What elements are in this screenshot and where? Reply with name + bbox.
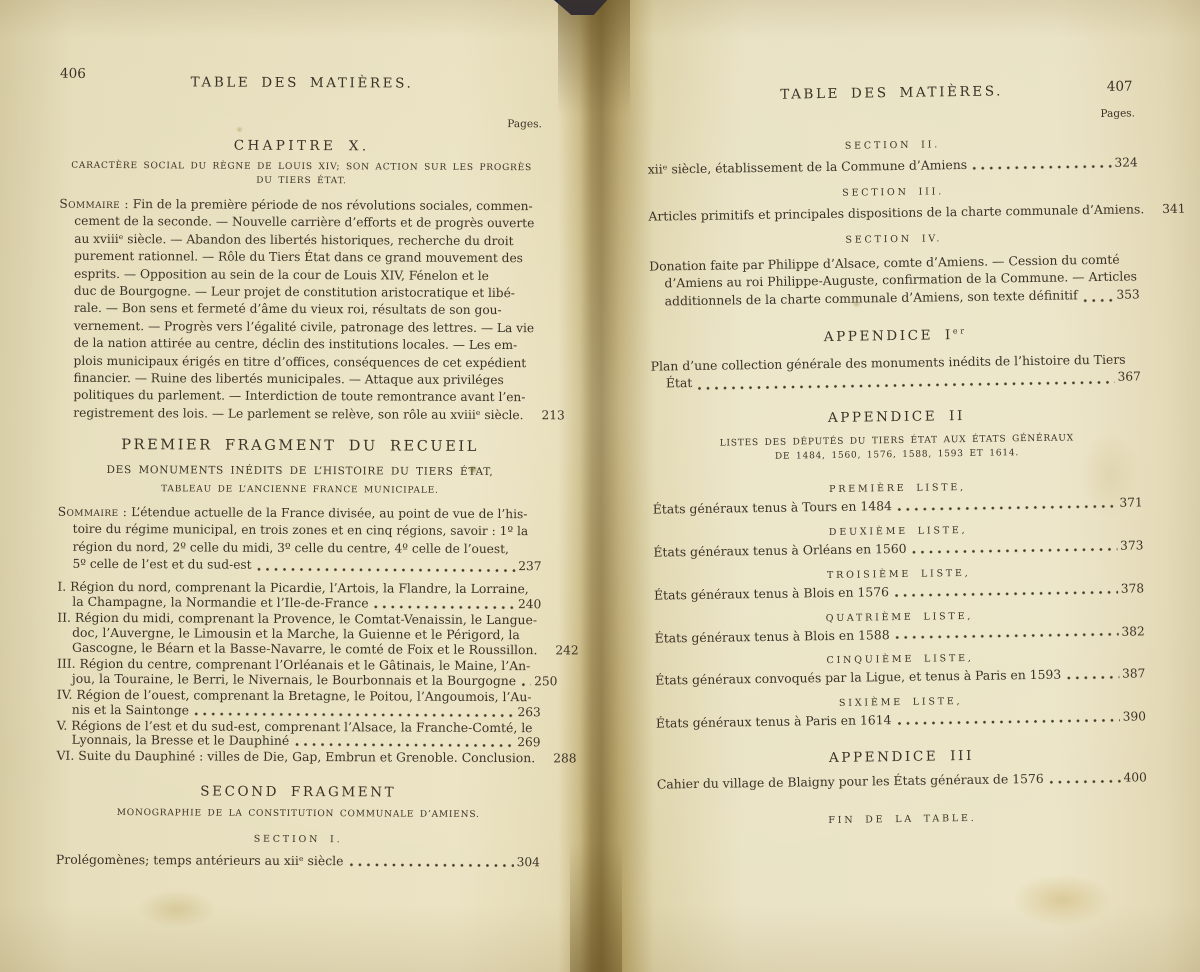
toc-line: SIXIÈME LISTE, (656, 694, 1146, 712)
toc-line: SECTION III. (648, 183, 1138, 201)
page-ref: 390 (1123, 710, 1146, 725)
toc-line: APPENDICE III (656, 746, 1146, 769)
page-ref: 269 (517, 736, 540, 751)
toc-line: PREMIÈRE LISTE, (652, 479, 1142, 497)
page-ref: 213 (541, 407, 564, 425)
second-fragment-heading: SECOND FRAGMENT (56, 783, 540, 802)
toc-line: SECTION II. (647, 136, 1137, 154)
section-iv-entry: Donation faite par Philippe d’Alsace, co… (649, 250, 1140, 311)
dotted-leader (1066, 675, 1119, 681)
toc-line: États généraux tenus à Orléans en 156037… (653, 538, 1143, 560)
foxing-stain (138, 890, 216, 928)
toc-line-text: Lyonnais, la Bresse et le Dauphiné (72, 733, 290, 749)
troisieme-liste-heading: TROISIÈME LISTE, (654, 565, 1144, 583)
leader-spacer (540, 760, 550, 765)
toc-line-text: purement rationnel. — Rôle du Tiers État… (74, 249, 523, 265)
sixieme-liste-heading: SIXIÈME LISTE, (656, 694, 1146, 712)
toc-line-text: États généraux tenus à Tours en 1484 (653, 499, 892, 517)
pages-column-label: Pages. (647, 107, 1137, 126)
page-ref: 341 (1162, 202, 1185, 217)
toc-line: QUATRIÈME LISTE, (654, 608, 1144, 626)
section-i-heading: SECTION I. (56, 833, 540, 847)
toc-line: États généraux tenus à Tours en 1484371 (653, 495, 1143, 517)
sommaire-premier-fragment: Sommaire : L’étendue actuelle de la Fran… (57, 504, 541, 576)
dotted-leader (1049, 779, 1121, 785)
cinquieme-liste-entry: États généraux convoqués par la Ligue, e… (655, 667, 1145, 689)
page-ref: 250 (534, 674, 557, 689)
page-right: TABLE DES MATIÈRES. 407 Pages. SECTION I… (647, 78, 1148, 828)
toc-line: SECOND FRAGMENT (56, 783, 540, 802)
appendice-ii-subtitle: LISTES DES DÉPUTÉS DU TIERS ÉTAT AUX ÉTA… (652, 430, 1142, 466)
toc-line-text: de la nation attirée au centre, déclin d… (74, 336, 518, 352)
toc-line-text: LISTES DES DÉPUTÉS DU TIERS ÉTAT AUX ÉTA… (720, 433, 1074, 448)
appendice-iii-heading: APPENDICE III (656, 746, 1146, 769)
page-ref: 353 (1116, 286, 1140, 304)
toc-line: purement rationnel. — Rôle du Tiers État… (59, 248, 543, 268)
toc-line-text: État (666, 374, 693, 392)
toc-line-text: SECTION IV. (845, 233, 942, 245)
toc-line-text: rale. — Bon sens et fermeté d’âme du vie… (74, 301, 502, 317)
section-iii-heading: SECTION III. (648, 183, 1138, 201)
section-iv-heading: SECTION IV. (649, 230, 1139, 248)
toc-line-text: FIN DE LA TABLE. (828, 813, 976, 826)
premier-fragment-subsubtitle: TABLEAU DE L’ANCIENNE FRANCE MUNICIPALE. (58, 483, 542, 499)
premier-fragment-heading: PREMIER FRAGMENT DU RECUEIL (58, 437, 542, 456)
toc-line-text: région du nord, 2º celle du midi, 3º cel… (73, 539, 509, 555)
toc-line: États généraux tenus à Paris en 1614390 (656, 710, 1146, 732)
toc-line: APPENDICE II (651, 405, 1141, 428)
running-title: TABLE DES MATIÈRES. (780, 83, 1003, 102)
toc-line-text: SECTION I. (254, 834, 343, 845)
toc-line: DES MONUMENTS INÉDITS DE L’HISTOIRE DU T… (58, 464, 542, 479)
toc-line-text: Prolégomènes; temps antérieurs au xiiᵉ s… (56, 853, 344, 869)
toc-line: CINQUIÈME LISTE, (655, 651, 1145, 669)
second-fragment-subtitle: MONOGRAPHIE DE LA CONSTITUTION COMMUNALE… (56, 807, 540, 823)
toc-line-text: Articles primitifs et principales dispos… (648, 202, 1144, 224)
toc-line: SECTION I. (56, 833, 540, 847)
toc-line-text: SIXIÈME LISTE, (839, 696, 963, 709)
cinquieme-liste-heading: CINQUIÈME LISTE, (655, 651, 1145, 669)
page-ref: 387 (1122, 667, 1145, 682)
toc-line: cement de la seconde. — Nouvelle carrièr… (59, 213, 543, 233)
deuxieme-liste-entry: États généraux tenus à Orléans en 156037… (653, 538, 1143, 560)
toc-line-text: toire du régime municipal, en trois zone… (73, 522, 529, 538)
section-iii-entry: Articles primitifs et principales dispos… (648, 202, 1138, 224)
toc-line-text: États généraux tenus à Orléans en 1560 (653, 542, 906, 561)
dotted-leader (896, 718, 1119, 726)
chapitre-x-heading: CHAPITRE X. (60, 137, 544, 156)
page-ref: 237 (518, 558, 541, 576)
toc-line-text: la Champagne, la Normandie et l’Ile-de-F… (72, 595, 368, 611)
premier-fragment-subtitle: DES MONUMENTS INÉDITS DE L’HISTOIRE DU T… (58, 464, 542, 479)
dotted-leader (194, 711, 514, 718)
toc-line-text: au xviiiᵉ siècle. — Abandon des libertés… (74, 232, 513, 248)
toc-line-text: États généraux tenus à Blois en 1588 (655, 628, 890, 646)
page-ref: 324 (1114, 155, 1137, 170)
toc-line: États généraux convoqués par la Ligue, e… (655, 667, 1145, 689)
toc-line-text: QUATRIÈME LISTE, (826, 610, 974, 623)
ordinal-superscript: er (953, 326, 967, 335)
toc-line-text: DEUXIÈME LISTE, (829, 525, 968, 538)
toc-content-left: CHAPITRE X.CARACTÈRE SOCIAL DU RÈGNE DE … (56, 137, 544, 870)
premiere-liste-entry: États généraux tenus à Tours en 1484371 (653, 495, 1143, 517)
page-ref: 242 (555, 643, 578, 658)
appendice-ii-heading: APPENDICE II (651, 405, 1141, 428)
dotted-leader (1083, 297, 1114, 302)
region-vi-entry: VI. Suite du Dauphiné : villes de Die, G… (56, 749, 540, 766)
gutter-shadow-bottom (570, 842, 622, 972)
region-iv-entry: IV. Région de l’ouest, comprenant la Bre… (57, 687, 541, 719)
toc-line-text: SECTION III. (842, 186, 944, 199)
toc-line-text: politiques du parlement. — Interdiction … (73, 388, 525, 404)
region-iii-entry: III. Région du centre, comprenant l’Orlé… (57, 657, 541, 689)
toc-line-text: Sommaire : L’étendue actuelle de la Fran… (58, 505, 528, 521)
premiere-liste-heading: PREMIÈRE LISTE, (652, 479, 1142, 497)
sixieme-liste-entry: États généraux tenus à Paris en 1614390 (656, 710, 1146, 732)
folio-number: 406 (60, 66, 86, 82)
page-ref: 240 (518, 597, 541, 612)
page-ref: 371 (1119, 495, 1142, 510)
page-ref: 378 (1121, 581, 1144, 596)
toc-line: SECTION IV. (649, 230, 1139, 248)
toc-line: États généraux tenus à Blois en 1588382 (655, 624, 1145, 646)
book-photo: 406 TABLE DES MATIÈRES. Pages. CHAPITRE … (0, 0, 1200, 972)
toc-line: CHAPITRE X. (60, 137, 544, 156)
page-header-left: 406 TABLE DES MATIÈRES. (60, 71, 544, 94)
section-ii-heading: SECTION II. (647, 136, 1137, 154)
toc-line-text: CHAPITRE X. (234, 138, 370, 155)
section-i-entry: Prolégomènes; temps antérieurs au xiiᵉ s… (56, 853, 540, 870)
toc-line-text: nis et la Saintonge (72, 702, 189, 718)
book-spine (549, 0, 611, 15)
dotted-leader (912, 546, 1118, 554)
toc-line-text: plois municipaux érigés en titre d’offic… (74, 353, 527, 369)
running-title: TABLE DES MATIÈRES. (191, 74, 414, 91)
toc-line-text: APPENDICE Ier (824, 327, 967, 345)
dotted-leader (257, 567, 516, 573)
folio-number: 407 (1107, 78, 1133, 94)
toc-line: FIN DE LA TABLE. (657, 810, 1147, 828)
leader-spacer (542, 651, 552, 656)
appendice-i-heading: APPENDICE Ier (650, 324, 1140, 347)
toc-line-text: esprits. — Opposition au sein de la cour… (74, 266, 489, 282)
quatrieme-liste-entry: États généraux tenus à Blois en 1588382 (655, 624, 1145, 646)
toc-line: MONOGRAPHIE DE LA CONSTITUTION COMMUNALE… (56, 807, 540, 823)
dotted-leader (697, 380, 1114, 391)
fin-de-la-table: FIN DE LA TABLE. (657, 810, 1147, 828)
toc-line-text: VI. Suite du Dauphiné : villes de Die, G… (56, 749, 535, 766)
toc-line-text: cement de la seconde. — Nouvelle carrièr… (74, 214, 534, 230)
page-ref: 382 (1121, 624, 1144, 639)
page-ref: 288 (553, 752, 576, 767)
appendice-i-entry: Plan d’une collection générale des monum… (651, 350, 1141, 393)
troisieme-liste-entry: États généraux tenus à Blois en 1576378 (654, 581, 1144, 603)
toc-line-text: États généraux tenus à Blois en 1576 (654, 585, 889, 603)
summary-lead: Sommaire : (59, 197, 129, 211)
toc-line-text: registrement des lois. — Le parlement se… (73, 405, 523, 425)
section-ii-entry: xiiᵉ siècle, établissement de la Commune… (648, 155, 1138, 177)
toc-line: VI. Suite du Dauphiné : villes de Die, G… (56, 749, 540, 766)
toc-line-text: 5º celle de l’est et du sud-est (72, 556, 251, 574)
toc-line-text: financier. — Ruine des libertés municipa… (73, 371, 503, 387)
dotted-leader (294, 742, 514, 748)
toc-line: Cahier du village de Blaigny pour les Ét… (657, 771, 1147, 793)
toc-content-right: SECTION II.xiiᵉ siècle, établissement de… (647, 136, 1147, 828)
toc-line: registrement des lois. — Le parlement se… (58, 405, 542, 425)
sommaire-chapitre-x: Sommaire : Fin de la première période de… (58, 196, 543, 425)
toc-line: DEUXIÈME LISTE, (653, 522, 1143, 540)
toc-line-text: CARACTÈRE SOCIAL DU RÈGNE DE LOUIS XIV; … (71, 161, 532, 173)
toc-line: de la nation attirée au centre, déclin d… (59, 335, 543, 355)
toc-line: PREMIER FRAGMENT DU RECUEIL (58, 437, 542, 456)
toc-line-text: duc de Bourgogne. — Leur projet de const… (74, 284, 515, 300)
page-ref: 373 (1120, 538, 1143, 553)
toc-line-text: MONOGRAPHIE DE LA CONSTITUTION COMMUNALE… (117, 808, 480, 820)
toc-line-text: PREMIÈRE LISTE, (829, 482, 966, 495)
appendice-iii-entry: Cahier du village de Blaigny pour les Ét… (657, 771, 1147, 793)
toc-line: APPENDICE Ier (650, 324, 1140, 347)
page-left: 406 TABLE DES MATIÈRES. Pages. CHAPITRE … (56, 71, 544, 870)
dotted-leader (895, 632, 1119, 640)
toc-line-text: États généraux tenus à Paris en 1614 (656, 713, 892, 731)
toc-line: TROISIÈME LISTE, (654, 565, 1144, 583)
toc-line-text: PREMIER FRAGMENT DU RECUEIL (121, 437, 479, 455)
gutter-shadow-top (558, 0, 630, 115)
toc-line: xiiᵉ siècle, établissement de la Commune… (648, 155, 1138, 177)
toc-line-text: TABLEAU DE L’ANCIENNE FRANCE MUNICIPALE. (161, 485, 439, 496)
toc-line-text: Sommaire : Fin de la première période de… (59, 197, 532, 213)
dotted-leader (521, 682, 531, 687)
leader-spacer (529, 417, 539, 422)
page-ref: 263 (517, 705, 540, 720)
toc-line-text: vernement. — Progrès vers l’égalité civi… (74, 319, 534, 335)
toc-line: Articles primitifs et principales dispos… (648, 202, 1138, 224)
page-ref: 304 (517, 855, 540, 870)
toc-line: États généraux tenus à Blois en 1576378 (654, 581, 1144, 603)
region-i-entry: I. Région du nord, comprenant la Picardi… (57, 580, 541, 612)
toc-line-text: DES MONUMENTS INÉDITS DE L’HISTOIRE DU T… (107, 464, 494, 478)
toc-line-text: DE 1484, 1560, 1576, 1588, 1593 ET 1614. (775, 448, 1019, 462)
region-ii-entry: II. Région du midi, comprenant la Proven… (57, 611, 541, 658)
summary-lead: Sommaire : (58, 505, 128, 519)
dotted-leader (374, 605, 515, 611)
region-v-entry: V. Régions de l’est et du sud-est, compr… (57, 718, 541, 750)
page-ref: 367 (1118, 369, 1142, 387)
pages-column-label: Pages. (60, 116, 544, 131)
toc-line: 5º celle de l’est et du sud-est237 (57, 556, 541, 576)
toc-line: Prolégomènes; temps antérieurs au xiiᵉ s… (56, 853, 540, 870)
toc-line: CARACTÈRE SOCIAL DU RÈGNE DE LOUIS XIV; … (60, 160, 544, 176)
toc-line: toire du régime municipal, en trois zone… (58, 521, 542, 541)
toc-line-text: TROISIÈME LISTE, (827, 568, 971, 581)
toc-line-text: SECOND FRAGMENT (200, 784, 396, 801)
deuxieme-liste-heading: DEUXIÈME LISTE, (653, 522, 1143, 540)
toc-line-text: APPENDICE III (829, 748, 974, 766)
toc-line-text: DU TIERS ÉTAT. (256, 175, 346, 185)
toc-line-text: APPENDICE II (828, 408, 965, 426)
foxing-stain (1012, 874, 1112, 926)
chapitre-x-subtitle: CARACTÈRE SOCIAL DU RÈGNE DE LOUIS XIV; … (59, 160, 543, 190)
leader-spacer (1149, 210, 1159, 215)
dotted-leader (894, 589, 1118, 597)
dotted-leader (348, 862, 513, 868)
toc-line-text: xiiᵉ siècle, établissement de la Commune… (648, 158, 968, 178)
page-header-right: TABLE DES MATIÈRES. 407 (647, 78, 1137, 105)
dotted-leader (972, 164, 1111, 171)
toc-line-text: SECTION II. (845, 139, 940, 151)
toc-line: TABLEAU DE L’ANCIENNE FRANCE MUNICIPALE. (58, 483, 542, 499)
toc-line-text: Cahier du village de Blaigny pour les Ét… (657, 772, 1044, 793)
dotted-leader (897, 503, 1117, 511)
toc-line: DU TIERS ÉTAT. (59, 173, 543, 189)
toc-line-text: États généraux convoqués par la Ligue, e… (655, 668, 1061, 689)
toc-line-text: CINQUIÈME LISTE, (826, 653, 973, 666)
page-ref: 400 (1123, 771, 1146, 786)
quatrieme-liste-heading: QUATRIÈME LISTE, (654, 608, 1144, 626)
